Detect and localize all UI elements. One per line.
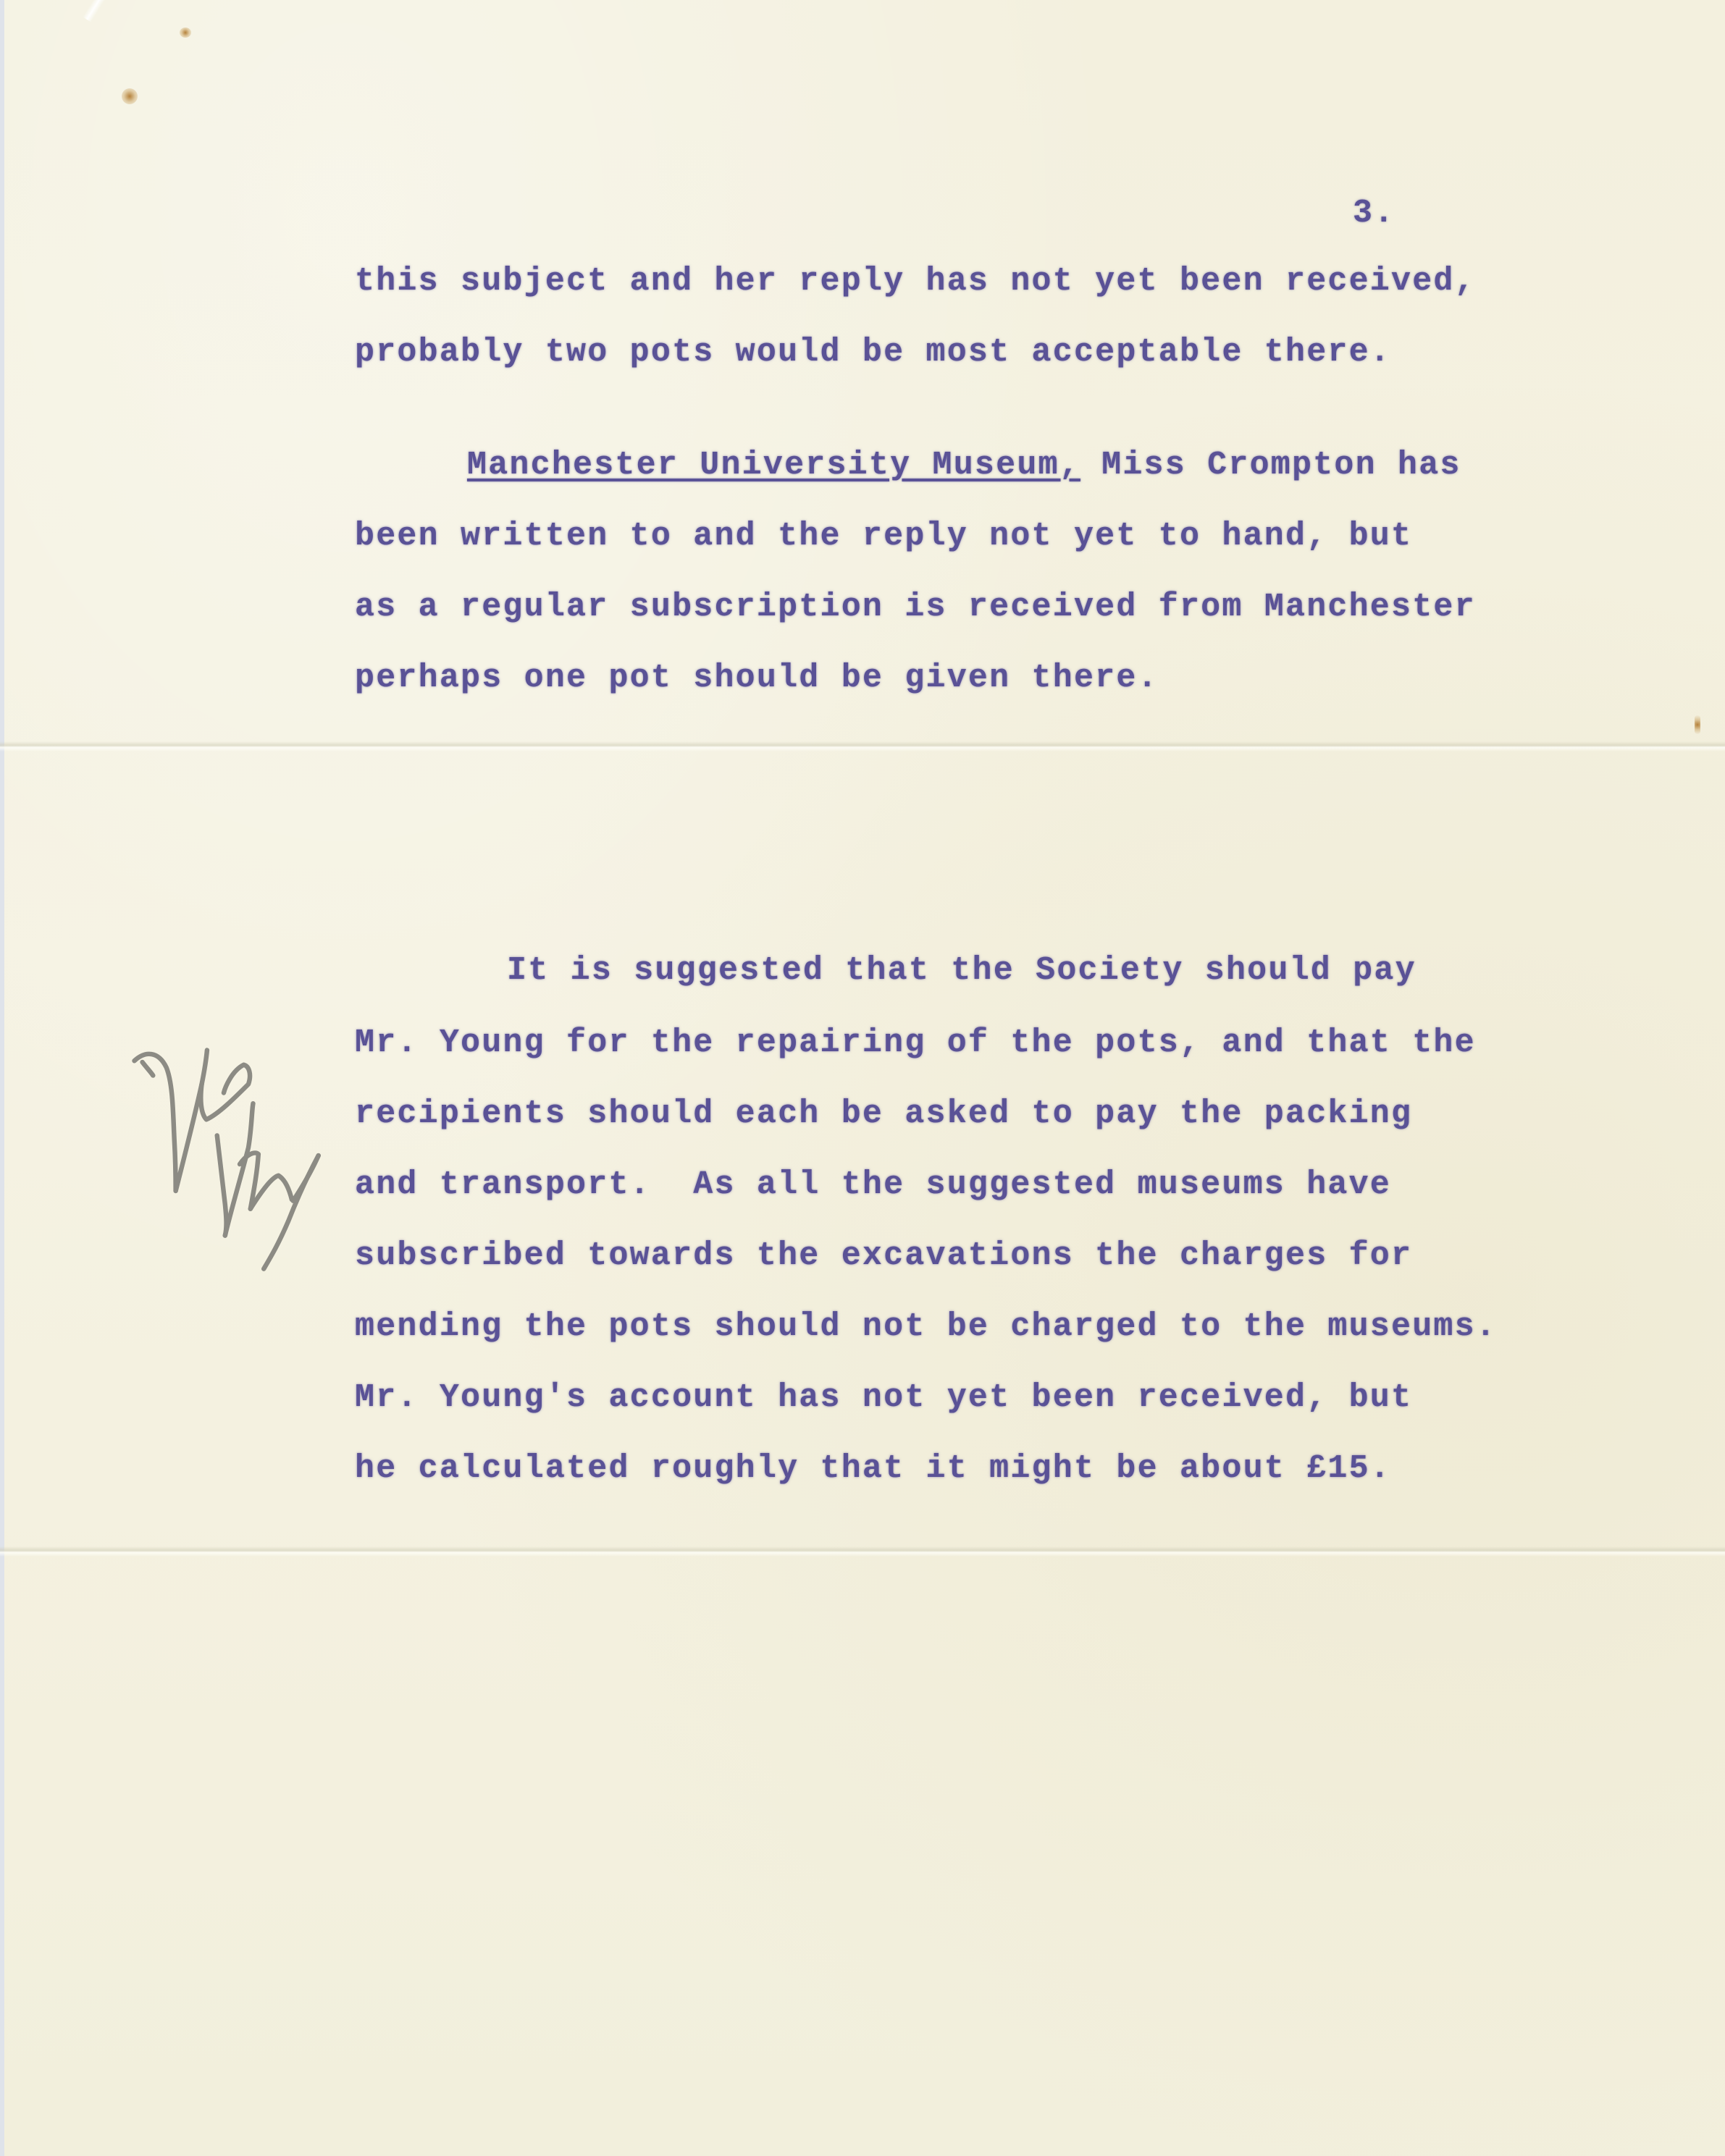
text-line: subscribed towards the excavations the c… <box>355 1239 1412 1272</box>
page-number: 3. <box>1353 197 1395 230</box>
scan-edge <box>0 0 4 2156</box>
text-line: as a regular subscription is received fr… <box>355 591 1476 623</box>
text-line: this subject and her reply has not yet b… <box>355 265 1476 298</box>
text-line: perhaps one pot should be given there. <box>355 662 1159 694</box>
rust-stain <box>122 88 138 104</box>
text-line: he calculated roughly that it might be a… <box>355 1452 1391 1485</box>
text-line: and transport. As all the suggested muse… <box>355 1168 1391 1201</box>
handwritten-initials-icon <box>116 1021 348 1274</box>
text-line: been written to and the reply not yet to… <box>355 520 1412 552</box>
rust-stain <box>1695 715 1700 734</box>
rust-stain <box>180 28 191 38</box>
paper-sheet: 3. this subject and her reply has not ye… <box>0 0 1725 2156</box>
text-line: recipients should each be asked to pay t… <box>355 1098 1412 1130</box>
text-line: It is suggested that the Society should … <box>507 954 1416 987</box>
text-line-first: Manchester University Museum, Miss Cromp… <box>467 449 1461 481</box>
museum-heading: Manchester University Museum, <box>467 447 1080 484</box>
text-line: probably two pots would be most acceptab… <box>355 336 1391 369</box>
text-line: Mr. Young for the repairing of the pots,… <box>355 1027 1476 1059</box>
text-line: Mr. Young's account has not yet been rec… <box>355 1381 1412 1414</box>
fold-line-upper <box>0 741 1725 751</box>
corner-crease <box>83 0 168 22</box>
text-fragment: Miss Crompton has <box>1080 447 1461 484</box>
fold-line-lower <box>0 1546 1725 1557</box>
text-line: mending the pots should not be charged t… <box>355 1310 1497 1343</box>
